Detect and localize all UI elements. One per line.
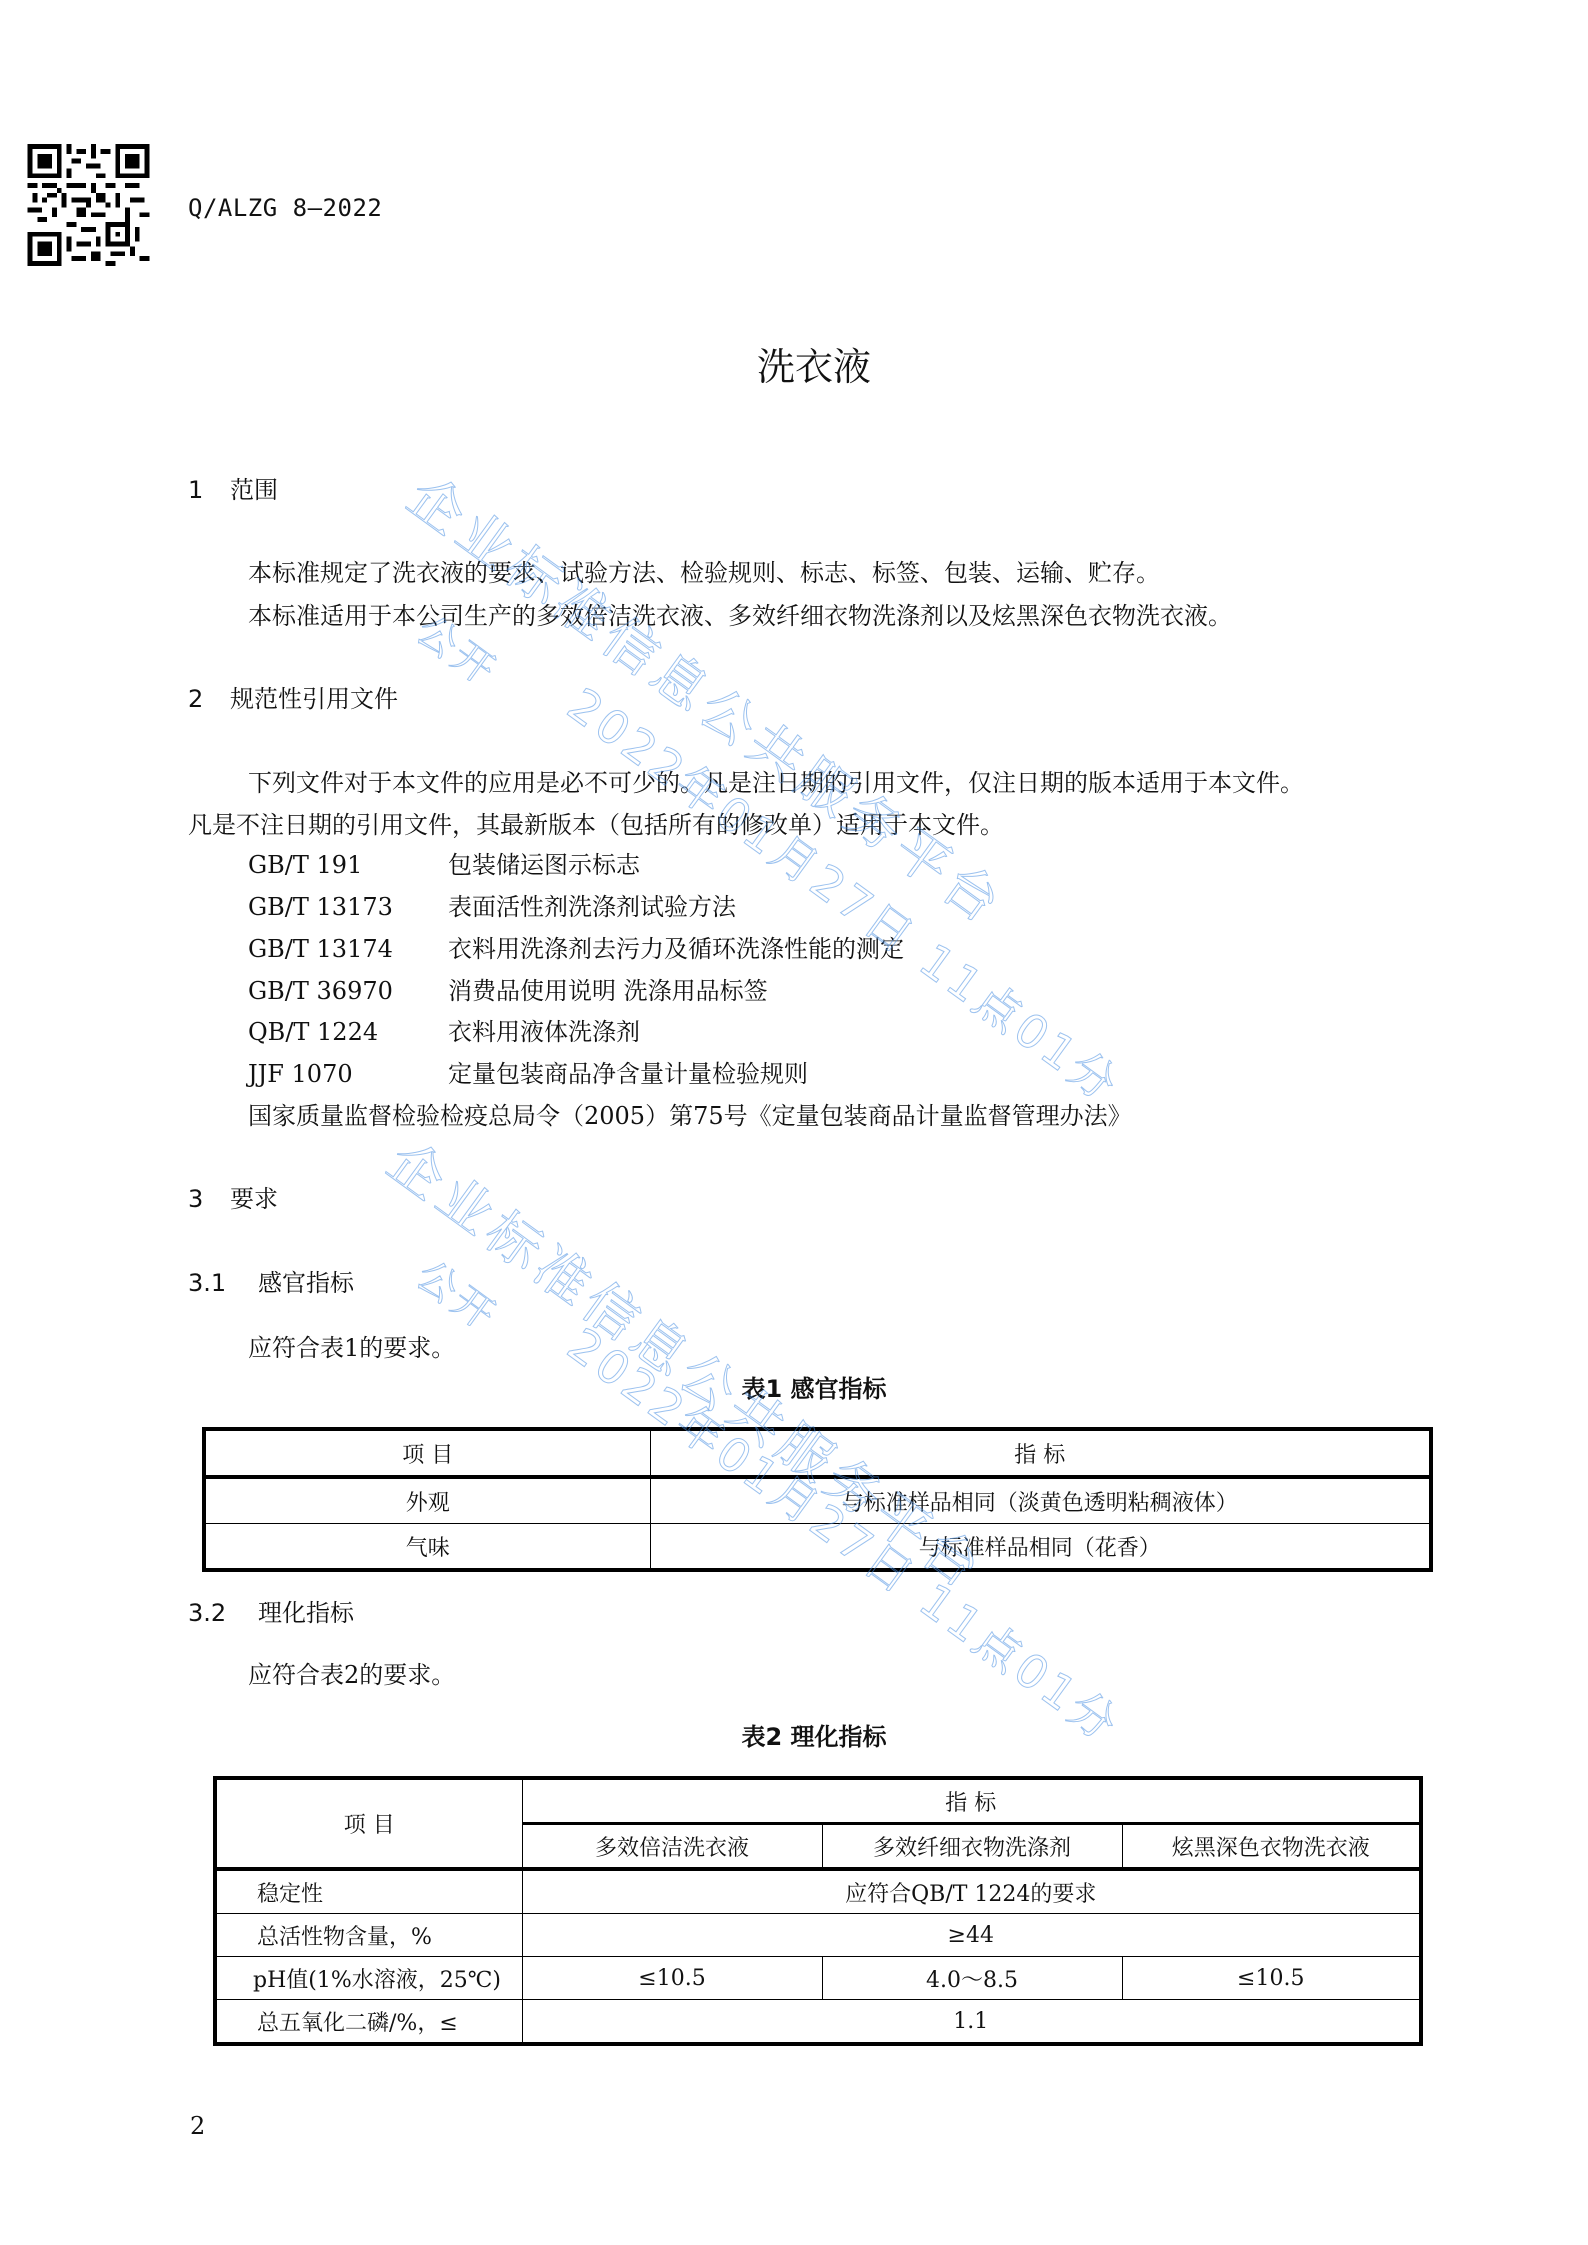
reference-name: 包装储运图示标志 — [448, 851, 640, 879]
table-cell: 气味 — [204, 1524, 650, 1571]
section-title: 理化指标 — [258, 1599, 354, 1627]
reference-name: 消费品使用说明 洗涤用品标签 — [448, 977, 768, 1005]
reference-code: JJF 1070 — [248, 1060, 448, 1088]
paragraph: 应符合表2的要求。 — [248, 1655, 455, 1690]
table-header-cell: 多效倍洁洗衣液 — [522, 1824, 822, 1870]
table-cell: pH值(1%水溶液，25℃) — [215, 1957, 522, 2000]
section-number: 1 — [188, 476, 230, 504]
section-title: 规范性引用文件 — [230, 685, 398, 713]
table-cell: 4.0～8.5 — [822, 1957, 1122, 2000]
table-header-cell: 指 标 — [522, 1778, 1421, 1824]
paragraph: 凡是不注日期的引用文件，其最新版本（包括所有的修改单）适用于本文件。 — [188, 805, 1004, 840]
table-row: 稳定性 应符合QB/T 1224的要求 — [215, 1869, 1421, 1914]
reference-item: QB/T 1224衣料用液体洗涤剂 — [248, 1012, 640, 1047]
paragraph: 应符合表1的要求。 — [248, 1328, 455, 1363]
section-number: 3.1 — [188, 1269, 258, 1297]
table-row: 气味 与标准样品相同（花香） — [204, 1524, 1431, 1571]
table-cell: 应符合QB/T 1224的要求 — [522, 1869, 1421, 1914]
paragraph: 下列文件对于本文件的应用是必不可少的。凡是注日期的引用文件，仅注日期的版本适用于… — [248, 763, 1304, 798]
table-cell: 总活性物含量，% — [215, 1914, 522, 1957]
table-1-caption: 表1 感官指标 — [0, 1369, 1588, 1404]
section-number: 3.2 — [188, 1599, 258, 1627]
reference-name: 衣料用液体洗涤剂 — [448, 1018, 640, 1046]
reference-code: GB/T 13173 — [248, 893, 448, 921]
section-number: 2 — [188, 685, 230, 713]
reference-code: GB/T 191 — [248, 851, 448, 879]
table-cell: ≤10.5 — [1122, 1957, 1421, 2000]
reference-item: GB/T 13174衣料用洗涤剂去污力及循环洗涤性能的测定 — [248, 929, 904, 964]
section-3-heading: 3要求 — [188, 1179, 278, 1214]
reference-name: 表面活性剂洗涤剂试验方法 — [448, 893, 736, 921]
table-row: pH值(1%水溶液，25℃) ≤10.5 4.0～8.5 ≤10.5 — [215, 1957, 1421, 2000]
table-header-cell: 项 目 — [215, 1778, 522, 1869]
page-number: 2 — [190, 2112, 205, 2140]
table-cell: 1.1 — [522, 2000, 1421, 2045]
reference-code: QB/T 1224 — [248, 1018, 448, 1046]
table-cell: 外观 — [204, 1477, 650, 1524]
reference-code: GB/T 13174 — [248, 935, 448, 963]
paragraph: 本标准规定了洗衣液的要求、试验方法、检验规则、标志、标签、包装、运输、贮存。 — [248, 553, 1160, 588]
section-title: 感官指标 — [258, 1269, 354, 1297]
document-code: Q/ALZG 8—2022 — [188, 194, 382, 222]
reference-item: JJF 1070定量包装商品净含量计量检验规则 — [248, 1054, 808, 1089]
reference-item: GB/T 13173表面活性剂洗涤剂试验方法 — [248, 887, 736, 922]
section-3-2-heading: 3.2理化指标 — [188, 1593, 354, 1628]
table-cell: ≤10.5 — [522, 1957, 822, 2000]
reference-decree: 国家质量监督检验检疫总局令（2005）第75号《定量包装商品计量监督管理办法》 — [248, 1096, 1132, 1131]
table-header-row: 项 目 指 标 — [204, 1429, 1431, 1477]
section-title: 范围 — [230, 476, 278, 504]
table-cell: 总五氧化二磷/%，≤ — [215, 2000, 522, 2045]
table-header-cell: 项 目 — [204, 1429, 650, 1477]
table-header-cell: 多效纤细衣物洗涤剂 — [822, 1824, 1122, 1870]
table-physicochemical-indicators: 项 目 指 标 多效倍洁洗衣液 多效纤细衣物洗涤剂 炫黑深色衣物洗衣液 稳定性 … — [213, 1776, 1423, 2046]
table-header-cell: 炫黑深色衣物洗衣液 — [1122, 1824, 1421, 1870]
table-header-row: 项 目 指 标 — [215, 1778, 1421, 1824]
table-cell: 稳定性 — [215, 1869, 522, 1914]
table-cell: ≥44 — [522, 1914, 1421, 1957]
section-3-1-heading: 3.1感官指标 — [188, 1263, 354, 1298]
reference-name: 衣料用洗涤剂去污力及循环洗涤性能的测定 — [448, 935, 904, 963]
qr-code-icon — [26, 144, 151, 266]
table-row: 总五氧化二磷/%，≤ 1.1 — [215, 2000, 1421, 2045]
reference-item: GB/T 191包装储运图示标志 — [248, 845, 640, 880]
table-header-cell: 指 标 — [650, 1429, 1431, 1477]
table-cell: 与标准样品相同（花香） — [650, 1524, 1431, 1571]
table-sensory-indicators: 项 目 指 标 外观 与标准样品相同（淡黄色透明粘稠液体） 气味 与标准样品相同… — [202, 1427, 1433, 1572]
reference-code: GB/T 36970 — [248, 977, 448, 1005]
document-title: 洗衣液 — [0, 336, 1588, 391]
table-row: 外观 与标准样品相同（淡黄色透明粘稠液体） — [204, 1477, 1431, 1524]
reference-name: 定量包装商品净含量计量检验规则 — [448, 1060, 808, 1088]
paragraph: 本标准适用于本公司生产的多效倍洁洗衣液、多效纤细衣物洗涤剂以及炫黑深色衣物洗衣液… — [248, 596, 1232, 631]
table-cell: 与标准样品相同（淡黄色透明粘稠液体） — [650, 1477, 1431, 1524]
table-2-caption: 表2 理化指标 — [0, 1717, 1588, 1752]
section-title: 要求 — [230, 1185, 278, 1213]
table-row: 总活性物含量，% ≥44 — [215, 1914, 1421, 1957]
section-number: 3 — [188, 1185, 230, 1213]
section-2-heading: 2规范性引用文件 — [188, 679, 398, 714]
reference-item: GB/T 36970消费品使用说明 洗涤用品标签 — [248, 971, 768, 1006]
section-1-heading: 1范围 — [188, 470, 278, 505]
